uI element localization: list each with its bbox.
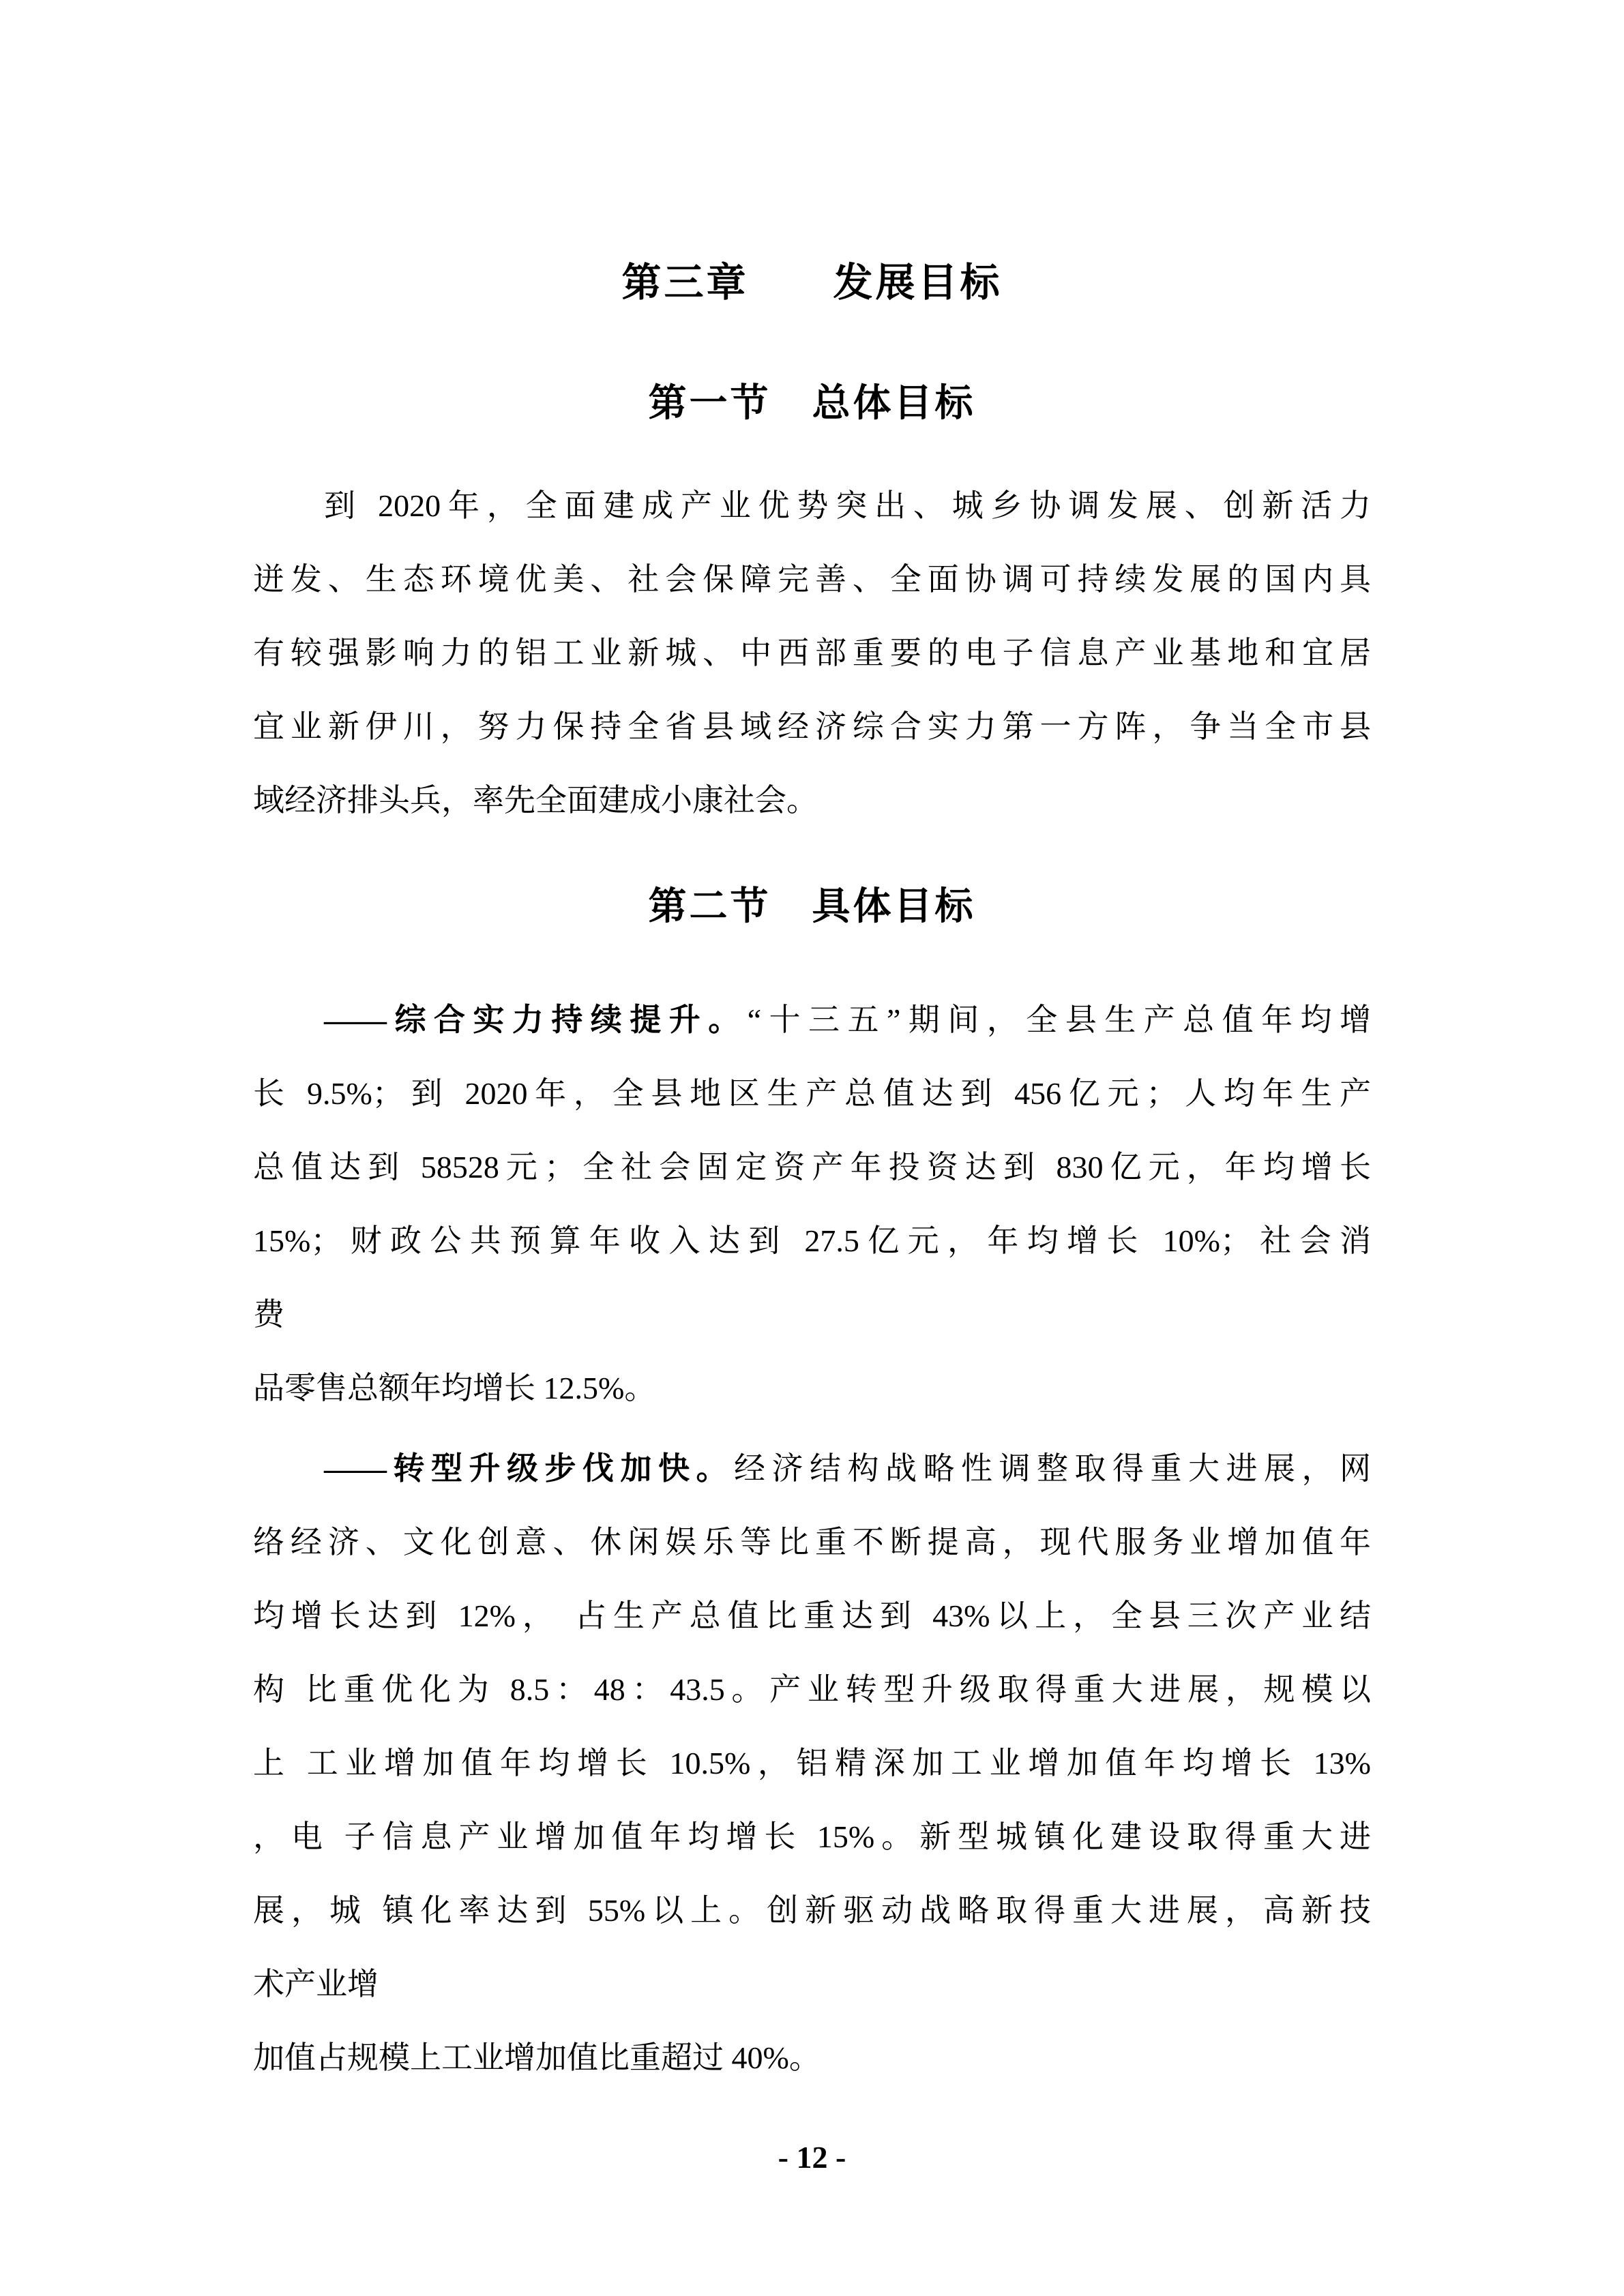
paragraph-overall-goals: 到 2020年，全面建成产业优势突出、城乡协调发展、创新活力 迸发、生态环境优美… [253,469,1371,837]
text-line: 展，城 镇化率达到 55%以上。创新驱动战略取得重大进展，高新技 [253,1874,1371,1948]
text-line: 长 9.5%；到 2020年，全县地区生产总值达到 456亿元；人均年生产 [253,1057,1371,1131]
text-line: ——转型升级步伐加快。经济结构战略性调整取得重大进展，网 [253,1432,1371,1506]
text-line: 术产业增 [253,1948,1371,2021]
section-1-heading: 第一节 总体目标 [253,382,1371,424]
text-line: ，电 子信息产业增加值年均增长 15%。新型城镇化建设取得重大进 [253,1800,1371,1874]
text-line: 上 工业增加值年均增长 10.5%，铝精深加工业增加值年均增长 13% [253,1727,1371,1800]
paragraph-lead-rest: 经济结构战略性调整取得重大进展，网 [734,1451,1371,1486]
text-line: 迸发、生态环境优美、社会保障完善、全面协调可持续发展的国内具 [253,543,1371,616]
paragraph-lead-bold: ——转型升级步伐加快。 [324,1451,734,1486]
paragraph-lead-rest: “十三五”期间，全县生产总值年均增 [748,1002,1371,1037]
text-line: 有较强影响力的铝工业新城、中西部重要的电子信息产业基地和宜居 [253,616,1371,690]
text-line: 品零售总额年均增长 12.5%。 [253,1352,1371,1425]
section-2-heading: 第二节 具体目标 [253,885,1371,927]
text-line: 宜业新伊川，努力保持全省县域经济综合实力第一方阵，争当全市县 [253,690,1371,764]
paragraph-transformation-upgrade: ——转型升级步伐加快。经济结构战略性调整取得重大进展，网 络经济、文化创意、休闲… [253,1432,1371,2095]
text-line: 费 [253,1278,1371,1352]
text-line: 域经济排头兵，率先全面建成小康社会。 [253,764,1371,837]
text-line: 加值占规模上工业增加值比重超过 40%。 [253,2021,1371,2095]
text-line: 总值达到 58528元；全社会固定资产年投资达到 830亿元，年均增长 [253,1131,1371,1204]
page-content: 第三章 发展目标 第一节 总体目标 到 2020年，全面建成产业优势突出、城乡协… [0,0,1624,2177]
document-page: 第三章 发展目标 第一节 总体目标 到 2020年，全面建成产业优势突出、城乡协… [0,0,1624,2296]
text-line: ——综合实力持续提升。“十三五”期间，全县生产总值年均增 [253,983,1371,1057]
paragraph-comprehensive-strength: ——综合实力持续提升。“十三五”期间，全县生产总值年均增 长 9.5%；到 20… [253,983,1371,1425]
text-line: 均增长达到 12%， 占生产总值比重达到 43%以上，全县三次产业结 [253,1579,1371,1653]
page-number: - 12 - [253,2138,1371,2177]
text-line: 络经济、文化创意、休闲娱乐等比重不断提高，现代服务业增加值年 [253,1506,1371,1579]
text-line: 15%；财政公共预算年收入达到 27.5亿元，年均增长 10%；社会消 [253,1204,1371,1278]
text-line: 到 2020年，全面建成产业优势突出、城乡协调发展、创新活力 [253,469,1371,543]
paragraph-lead-bold: ——综合实力持续提升。 [324,1002,748,1037]
text-line: 构 比重优化为 8.5：48：43.5。产业转型升级取得重大进展，规模以 [253,1653,1371,1727]
chapter-heading: 第三章 发展目标 [253,0,1371,305]
